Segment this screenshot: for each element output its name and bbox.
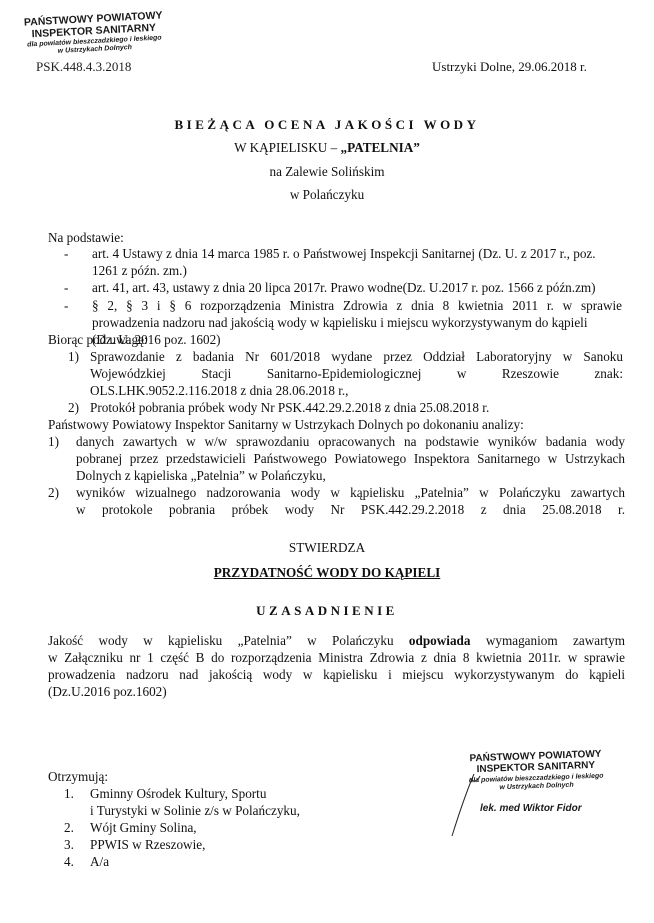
item-number: 2) <box>68 400 79 416</box>
recipient-1-line-1: Gminny Ośrodek Kultury, Sportu <box>90 786 266 802</box>
analysis-item-1-line-1: danych zawartych w w/w sprawozdaniu opra… <box>76 434 625 450</box>
subtitle-location: na Zalewie Solińskim <box>0 164 654 180</box>
considering-item-1-line-3: OLS.LHK.9052.2.116.2018 z dnia 28.06.201… <box>90 383 348 399</box>
document-title: BIEŻĄCA OCENA JAKOŚCI WODY <box>0 117 654 133</box>
item-number: 4. <box>64 854 74 870</box>
recipient-4-line-1: A/a <box>90 854 109 870</box>
justification-line-3: prowadzenia nadzoru nad jakością wody w … <box>48 667 625 683</box>
basis-item-3-line-2: prowadzenia nadzoru nad jakością wody w … <box>92 315 588 331</box>
justification-heading: UZASADNIENIE <box>0 603 654 619</box>
item-number: 2. <box>64 820 74 836</box>
bullet: - <box>64 298 68 314</box>
considering-heading: Biorąc pod uwagę: <box>48 332 148 348</box>
justification-line-4: (Dz.U.2016 poz.1602) <box>48 684 167 700</box>
considering-item-1-line-1: Sprawozdanie z badania Nr 601/2018 wydan… <box>90 349 623 365</box>
recipient-3-line-1: PPWIS w Rzeszowie, <box>90 837 205 853</box>
bullet: - <box>64 280 68 296</box>
item-number: 3. <box>64 837 74 853</box>
signer-name: lek. med Wiktor Fidor <box>480 804 582 814</box>
justification-line-1: Jakość wody w kąpielisku „Patelnia” w Po… <box>48 633 625 649</box>
inspector-stamp-top: PAŃSTWOWY POWIATOWY INSPEKTOR SANITARNY … <box>13 10 175 57</box>
basis-item-2-line-1: art. 41, art. 43, ustawy z dnia 20 lipca… <box>92 280 596 296</box>
recipient-1-line-2: i Turystyki w Solinie z/s w Polańczyku, <box>90 803 300 819</box>
justification-verdict-word: odpowiada <box>409 633 471 648</box>
verdict: PRZYDATNOŚĆ WODY DO KĄPIELI <box>0 565 654 581</box>
analysis-intro: Państwowy Powiatowy Inspektor Sanitarny … <box>48 417 524 433</box>
basis-item-3-line-1: § 2, § 3 i § 6 rozporządzenia Ministra Z… <box>92 298 622 314</box>
considering-item-2-line-1: Protokół pobrania próbek wody Nr PSK.442… <box>90 400 489 416</box>
basis-heading: Na podstawie: <box>48 230 124 246</box>
stwierdza-heading: STWIERDZA <box>0 540 654 556</box>
analysis-item-1-line-3: Dolnych z kąpieliska „Patelnia” w Polańc… <box>76 468 326 484</box>
justification-text: wymaganiom zawartym <box>471 633 626 648</box>
analysis-item-2-line-1: wyników wizualnego nadzorowania wody w k… <box>76 485 625 501</box>
subtitle-prefix: W KĄPIELISKU – <box>234 140 340 155</box>
item-number: 1) <box>68 349 79 365</box>
analysis-item-2-line-2: w protokole pobrania próbek wody Nr PSK.… <box>76 502 625 518</box>
recipient-2-line-1: Wójt Gminy Solina, <box>90 820 197 836</box>
subtitle-town: w Polańczyku <box>0 187 654 203</box>
considering-item-1-line-2: Wojewódzkiej Stacji Sanitarno-Epidemiolo… <box>90 366 623 382</box>
item-number: 2) <box>48 485 59 501</box>
item-number: 1) <box>48 434 59 450</box>
basis-item-1-line-1: art. 4 Ustawy z dnia 14 marca 1985 r. o … <box>92 246 596 262</box>
subtitle-name: „PATELNIA” <box>340 140 419 155</box>
recipients-heading: Otrzymują: <box>48 769 108 785</box>
basis-item-1-line-2: 1261 z późn. zm.) <box>92 263 187 279</box>
bullet: - <box>64 246 68 262</box>
document-subtitle: W KĄPIELISKU – „PATELNIA” <box>0 140 654 156</box>
place-date: Ustrzyki Dolne, 29.06.2018 r. <box>432 59 587 75</box>
reference-number: PSK.448.4.3.2018 <box>36 59 131 75</box>
analysis-item-1-line-2: pobranej przez przedstawicieli Państwowe… <box>76 451 625 467</box>
item-number: 1. <box>64 786 74 802</box>
justification-line-2: w Załączniku nr 1 część B do rozporządze… <box>48 650 625 666</box>
signature-scribble <box>444 770 484 840</box>
justification-text: Jakość wody w kąpielisku „Patelnia” w Po… <box>48 633 409 648</box>
